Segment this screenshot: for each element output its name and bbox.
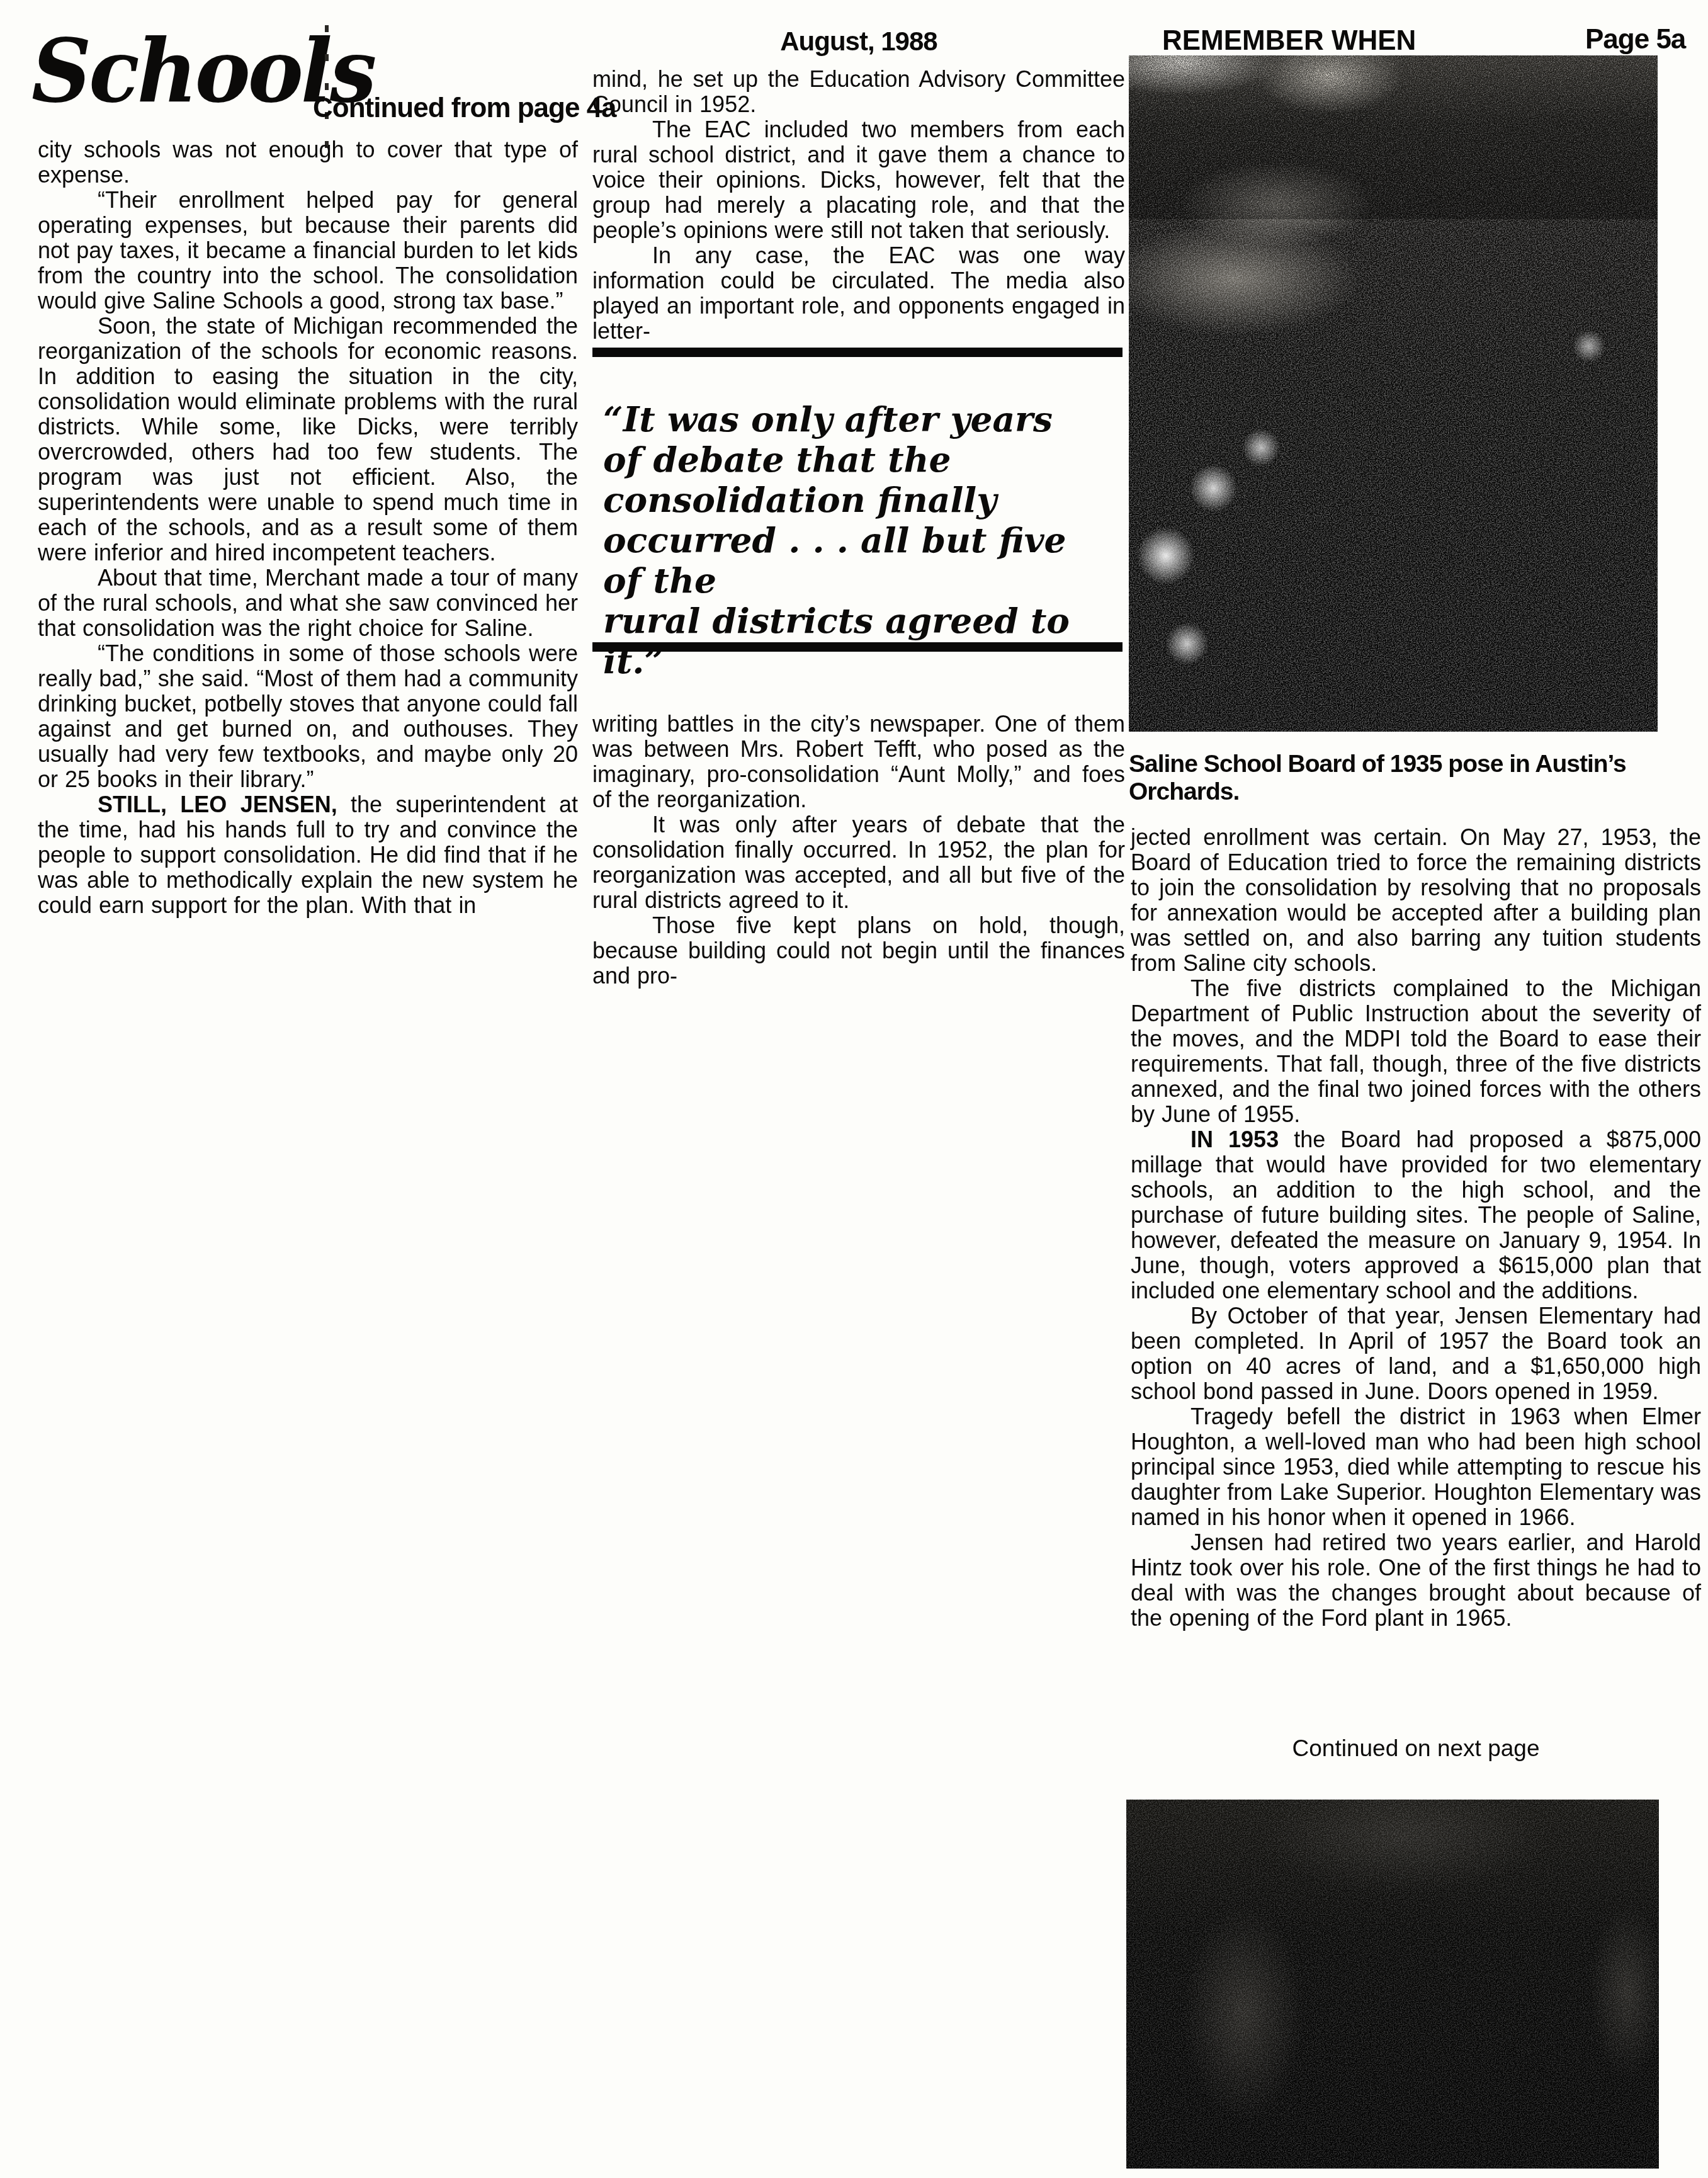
paragraph: IN 1953 the Board had proposed a $875,00… xyxy=(1131,1127,1701,1303)
paragraph: The five districts complained to the Mic… xyxy=(1131,976,1701,1127)
section-title: REMEMBER WHEN xyxy=(1162,25,1416,57)
orchard-photo-grain xyxy=(1129,55,1658,732)
pull-quote-rule-bottom xyxy=(592,642,1123,652)
paragraph: mind, he set up the Education Advisory C… xyxy=(592,67,1125,117)
page-number: Page 5a xyxy=(1585,24,1685,55)
paragraph: In any case, the EAC was one way informa… xyxy=(592,243,1125,344)
paragraph-lead: STILL, LEO JENSEN, xyxy=(98,791,337,817)
column-left: city schools was not enough to cover tha… xyxy=(38,137,578,918)
paragraph: jected enrollment was certain. On May 27… xyxy=(1131,825,1701,976)
paragraph: “The conditions in some of those schools… xyxy=(38,641,578,792)
orchard-photo-caption: Saline School Board of 1935 pose in Aust… xyxy=(1129,751,1661,806)
column-middle-top: mind, he set up the Education Advisory C… xyxy=(592,67,1125,344)
paragraph: Those five kept plans on hold, though, b… xyxy=(592,913,1125,989)
newspaper-page: Schools Continued from page 4a August, 1… xyxy=(0,0,1708,2178)
column-middle-bottom: writing battles in the city’s newspaper.… xyxy=(592,712,1125,989)
paragraph-lead: IN 1953 xyxy=(1191,1126,1279,1152)
paragraph: It was only after years of debate that t… xyxy=(592,812,1125,913)
issue-date: August, 1988 xyxy=(592,26,1125,57)
paragraph: “Their enrollment helped pay for general… xyxy=(38,188,578,314)
paragraph: The EAC included two members from each r… xyxy=(592,117,1125,243)
paragraph: STILL, LEO JENSEN, the superintendent at… xyxy=(38,792,578,918)
bottom-photo xyxy=(1126,1800,1659,2169)
continued-from-note: Continued from page 4a xyxy=(313,93,616,124)
paragraph: Tragedy befell the district in 1963 when… xyxy=(1131,1404,1701,1530)
continued-next-page-note: Continued on next page xyxy=(1131,1735,1701,1762)
paragraph: Jensen had retired two years earlier, an… xyxy=(1131,1530,1701,1631)
pull-quote: “It was only after years of debate that … xyxy=(603,399,1114,681)
paragraph: writing battles in the city’s newspaper.… xyxy=(592,712,1125,812)
pull-quote-rule-top xyxy=(592,348,1123,357)
paragraph: Soon, the state of Michigan recommended … xyxy=(38,314,578,565)
paragraph: About that time, Merchant made a tour of… xyxy=(38,565,578,641)
bottom-photo-grain xyxy=(1126,1800,1659,2169)
paragraph: city schools was not enough to cover tha… xyxy=(38,137,578,188)
column-right: jected enrollment was certain. On May 27… xyxy=(1131,825,1701,1631)
paragraph: By October of that year, Jensen Elementa… xyxy=(1131,1303,1701,1404)
orchard-photo xyxy=(1129,55,1658,732)
